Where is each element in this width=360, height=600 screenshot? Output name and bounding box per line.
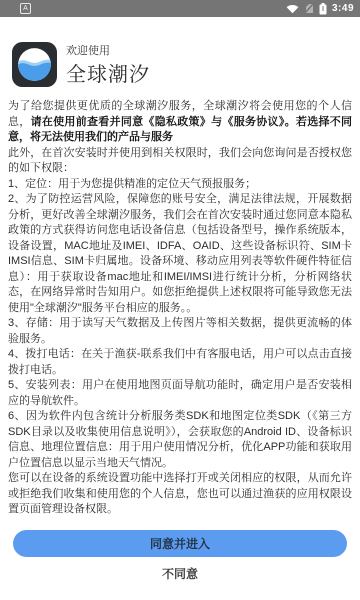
permissions-intro: 此外，在首次安装时并使用到相关权限时，我们会向您询问是否授权您的如下权限： [8,146,352,177]
permission-item-phone: 4、拨打电话：在关于渔获-联系我们中有客服电话，用户可以点击直接拨打电话。 [8,347,352,378]
privacy-policy-link[interactable]: 《隐私政策》 [143,116,211,128]
app-name: 全球潮汐 [66,58,150,87]
welcome-label: 欢迎使用 [66,42,150,58]
header-text: 欢迎使用 全球潮汐 [66,42,150,87]
permission-item-location: 1、定位：用于为您提供精准的定位天气预报服务； [8,177,352,193]
agree-enter-button[interactable]: 同意并进入 [13,530,347,557]
battery-icon [319,3,327,15]
permission-item-device-info: 2、为了防控运营风险，保障您的账号安全，满足法律法规，开展数据分析，更好改善全球… [8,192,352,316]
disagree-button[interactable]: 不同意 [0,565,360,582]
permission-item-storage: 3、存储：用于读写天气数据及上传图片等相关数据，提供更流畅的体验服务。 [8,316,352,347]
permission-item-sdk: 6、因为软件内包含统计分析服务类SDK和地图定位类SDK（《第三方SDK目录以及… [8,409,352,471]
wifi-icon [286,4,299,14]
permission-item-install-list: 5、安装列表：用户在使用地图页面导航功能时，确定用户是否安装相应的导航软件。 [8,378,352,409]
intro-bold-text: 请在使用前查看并同意 [31,116,144,128]
welcome-header: 欢迎使用 全球潮汐 [0,17,360,97]
status-time: 3:49 [332,3,354,14]
status-bar-left: A [6,3,286,14]
conjunction-text: 与 [211,116,222,128]
notification-app-icon: A [20,3,31,14]
status-bar-right: 3:49 [286,3,354,15]
intro-paragraph: 为了给您提供更优质的全球潮汐服务，全球潮汐将会使用您的个人信息，请在使用前查看并… [8,99,352,146]
service-agreement-link[interactable]: 《服务协议》 [222,116,284,128]
tide-wave-icon [12,42,57,87]
status-bar: A 3:49 [0,0,360,17]
closing-paragraph: 您可以在设备的系统设置功能中选择打开或关闭相应的权限，从而允许或拒绝我们收集和使… [8,471,352,518]
no-sim-icon [304,3,314,14]
app-screen: A 3:49 [0,0,360,600]
privacy-policy-text: 为了给您提供更优质的全球潮汐服务，全球潮汐将会使用您的个人信息，请在使用前查看并… [0,97,360,518]
